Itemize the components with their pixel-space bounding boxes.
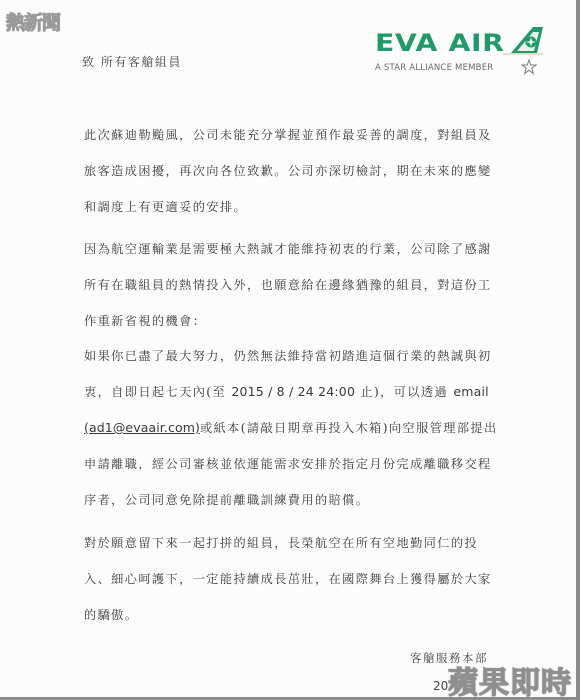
apple-daily-watermark: 蘋果即時 [448, 658, 572, 700]
eva-air-logo: EVA AIR A STAR ALLIANCE MEMBER [375, 25, 545, 80]
signature-date: 20 [433, 679, 448, 693]
text-line: 序者，公司同意免除提前離職訓練費用的賠償。 [84, 482, 524, 518]
email-word: email [453, 384, 488, 399]
star-alliance-tagline: A STAR ALLIANCE MEMBER [375, 63, 493, 73]
eva-tail-icon [503, 25, 545, 55]
paragraph-apology: 此次蘇迪勒颱風，公司未能充分掌握並預作最妥善的調度，對組員及 旅客造成困擾，再次… [84, 117, 524, 225]
text-line: 申請離職，經公司審核並依運能需求安排於指定月份完成離職移交程 [84, 446, 524, 482]
deadline-date: 2015 / 8 / 24 24:00 [231, 384, 355, 399]
text-fragment: 或紙本(請敲日期章再投入木箱)向空服管理部提出 [200, 421, 498, 435]
text-line: 因為航空運輸業是需要極大熱誠才能維持初衷的行業，公司除了感謝 [84, 231, 524, 267]
salutation: 致 所有客艙組員 [82, 53, 182, 70]
hot-news-watermark: 熱新聞 [6, 8, 60, 34]
paragraph-encouragement: 對於願意留下來一起打拼的組員，長榮航空在所有空地勤同仁的投 入、細心呵護下，一定… [84, 525, 524, 633]
text-fragment: 衷，自即日起七天內(至 [84, 385, 231, 399]
paragraph-reflection: 因為航空運輸業是需要極大熱誠才能維持初衷的行業，公司除了感謝 所有在職組員的熱情… [84, 231, 524, 339]
text-line: 的驕傲。 [84, 597, 524, 633]
letter-page: 熱新聞 EVA AIR A STAR ALLIANCE MEMBER 致 所有客… [0, 0, 580, 700]
text-line: 和調度上有更適妥的安排。 [84, 189, 524, 225]
text-fragment: 止)，可以透過 [355, 385, 453, 399]
text-line: 入、細心呵護下，一定能持續成長茁壯，在國際舞台上獲得屬於大家 [84, 561, 524, 597]
paragraph-resignation-offer: 如果你已盡了最大努力，仍然無法維持當初踏進這個行業的熱誠與初 衷，自即日起七天內… [84, 338, 524, 518]
text-line: 所有在職組員的熱情投入外，也願意給在邊緣猶豫的組員，對這份工 [84, 267, 524, 303]
text-line: 旅客造成困擾，再次向各位致歉。公司亦深切檢討，期在未來的應變 [84, 153, 524, 189]
star-alliance-icon [521, 59, 537, 75]
watermark-text-top: 熱新聞 [6, 8, 60, 35]
text-line: 作重新省視的機會： [84, 303, 524, 339]
text-line-deadline: 衷，自即日起七天內(至 2015 / 8 / 24 24:00 止)，可以透過 … [84, 374, 524, 410]
text-line-email: (ad1@evaair.com)或紙本(請敲日期章再投入木箱)向空服管理部提出 [84, 410, 524, 446]
text-line: 此次蘇迪勒颱風，公司未能充分掌握並預作最妥善的調度，對組員及 [84, 117, 524, 153]
text-line: 如果你已盡了最大努力，仍然無法維持當初踏進這個行業的熱誠與初 [84, 338, 524, 374]
eva-air-wordmark: EVA AIR [375, 29, 505, 57]
email-link[interactable]: (ad1@evaair.com) [84, 420, 200, 435]
text-line: 對於願意留下來一起打拼的組員，長榮航空在所有空地勤同仁的投 [84, 525, 524, 561]
